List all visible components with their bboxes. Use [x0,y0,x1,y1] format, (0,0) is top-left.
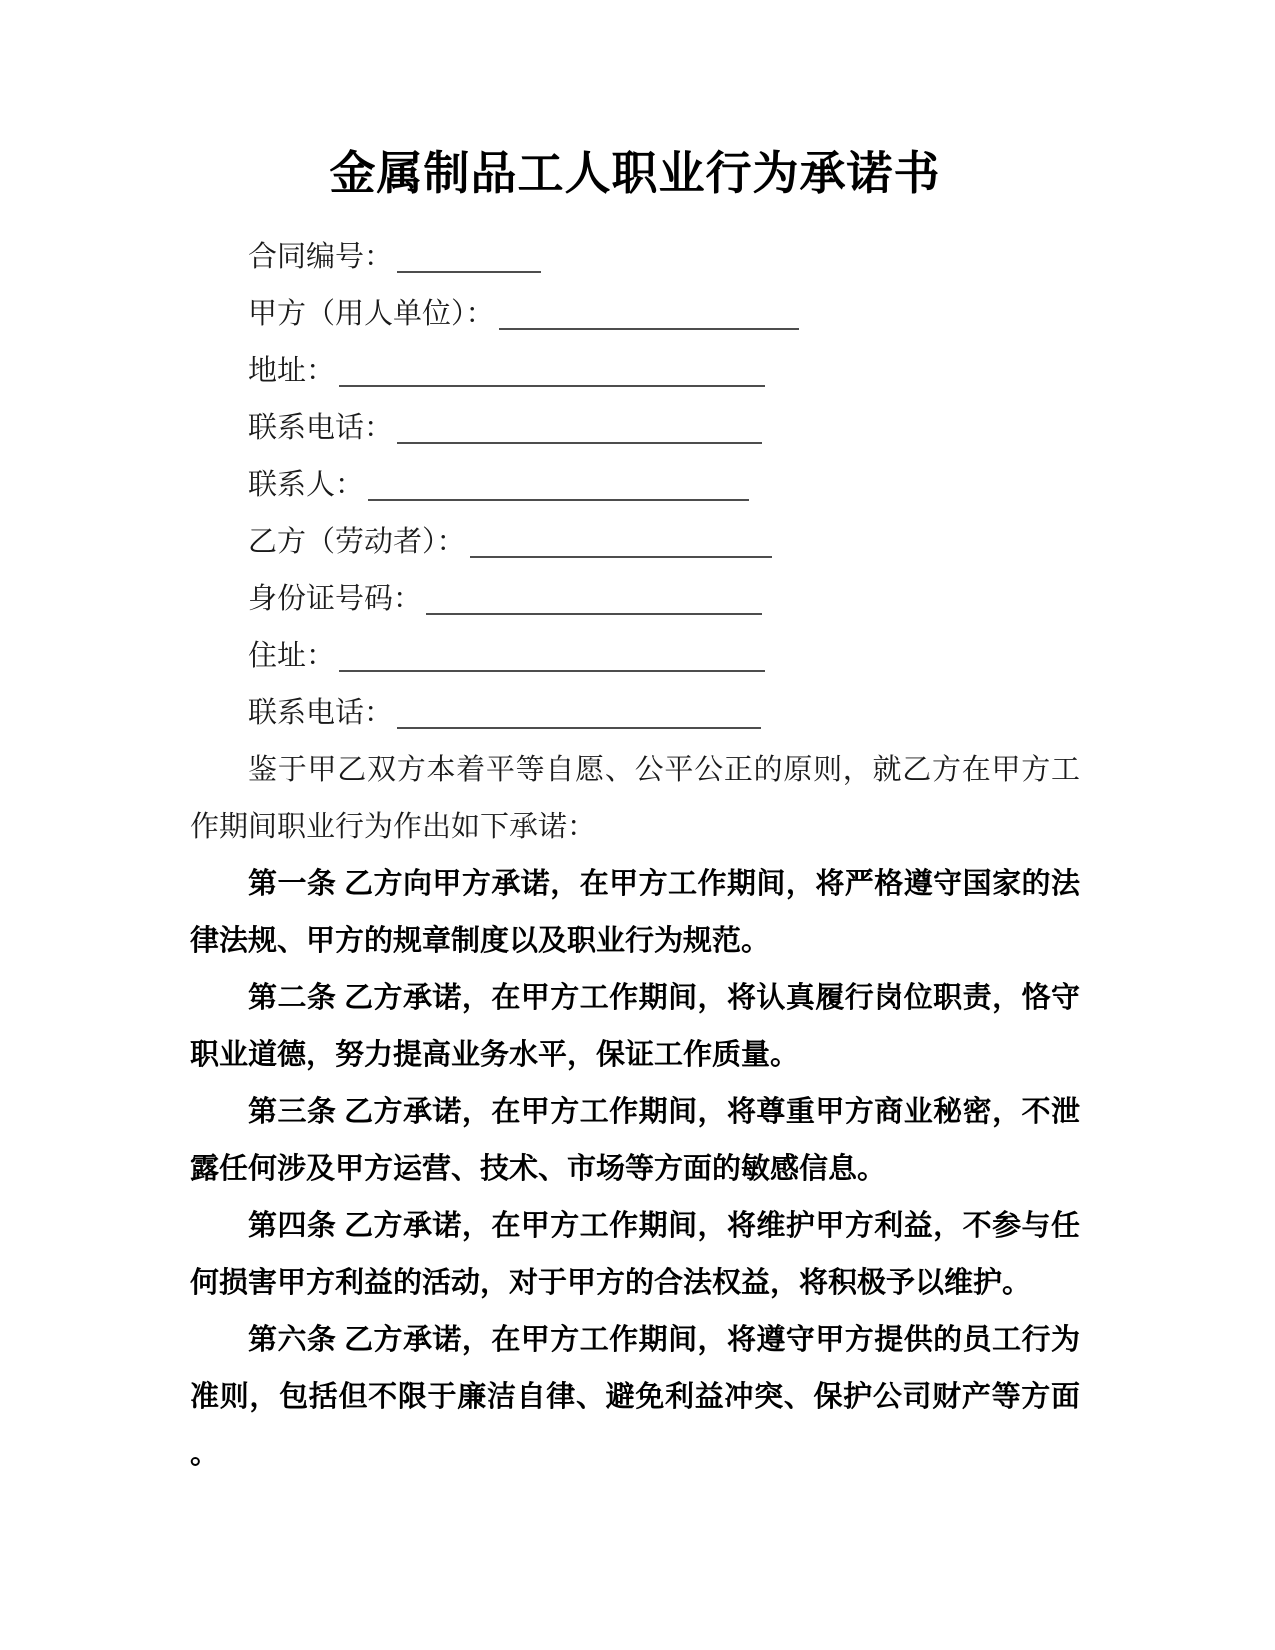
field-label: 住址： [248,640,335,672]
body-line: 露任何涉及甲方运营、技术、市场等方面的敏感信息。 [190,1141,1080,1198]
body-line: 第六条 乙方承诺，在甲方工作期间，将遵守甲方提供的员工行为 [190,1312,1080,1369]
field-label: 联系电话： [248,412,393,444]
field-blank-line [426,581,762,615]
body-line: 第一条 乙方向甲方承诺，在甲方工作期间，将严格遵守国家的法 [190,856,1080,913]
field-blank-line [397,695,761,729]
field-label: 乙方（劳动者）： [248,526,466,558]
form-field-row: 联系人： [190,457,1080,514]
document-page: 金属制品工人职业行为承诺书 合同编号：甲方（用人单位）：地址：联系电话：联系人：… [0,0,1275,1650]
body-line: 第二条 乙方承诺，在甲方工作期间，将认真履行岗位职责，恪守 [190,970,1080,1027]
form-field-row: 乙方（劳动者）： [190,514,1080,571]
body-line: 。 [190,1426,1080,1483]
document-body: 鉴于甲乙双方本着平等自愿、公平公正的原则，就乙方在甲方工作期间职业行为作出如下承… [190,742,1080,1483]
field-blank-line [499,296,799,330]
form-field-row: 联系电话： [190,685,1080,742]
body-line: 准则，包括但不限于廉洁自律、避免利益冲突、保护公司财产等方面 [190,1369,1080,1426]
body-line: 第三条 乙方承诺，在甲方工作期间，将尊重甲方商业秘密，不泄 [190,1084,1080,1141]
field-blank-line [470,524,772,558]
form-field-row: 联系电话： [190,400,1080,457]
field-label: 联系人： [248,469,364,501]
form-field-row: 身份证号码： [190,571,1080,628]
field-label: 甲方（用人单位）： [248,298,495,330]
form-field-row: 甲方（用人单位）： [190,286,1080,343]
field-label: 身份证号码： [248,583,422,615]
field-label: 合同编号： [248,241,393,273]
field-blank-line [397,410,762,444]
body-line: 律法规、甲方的规章制度以及职业行为规范。 [190,913,1080,970]
field-blank-line [339,638,765,672]
form-field-row: 合同编号： [190,229,1080,286]
field-blank-line [339,353,765,387]
field-label: 联系电话： [248,697,393,729]
form-field-row: 地址： [190,343,1080,400]
body-line: 第四条 乙方承诺，在甲方工作期间，将维护甲方利益，不参与任 [190,1198,1080,1255]
form-field-row: 住址： [190,628,1080,685]
field-blank-line [397,239,541,273]
contract-header-fields: 合同编号：甲方（用人单位）：地址：联系电话：联系人：乙方（劳动者）：身份证号码：… [190,229,1080,742]
body-line: 作期间职业行为作出如下承诺： [190,799,1080,856]
field-label: 地址： [248,355,335,387]
document-title: 金属制品工人职业行为承诺书 [190,143,1080,205]
body-line: 鉴于甲乙双方本着平等自愿、公平公正的原则，就乙方在甲方工 [190,742,1080,799]
body-line: 职业道德，努力提高业务水平，保证工作质量。 [190,1027,1080,1084]
field-blank-line [368,467,749,501]
body-line: 何损害甲方利益的活动，对于甲方的合法权益，将积极予以维护。 [190,1255,1080,1312]
